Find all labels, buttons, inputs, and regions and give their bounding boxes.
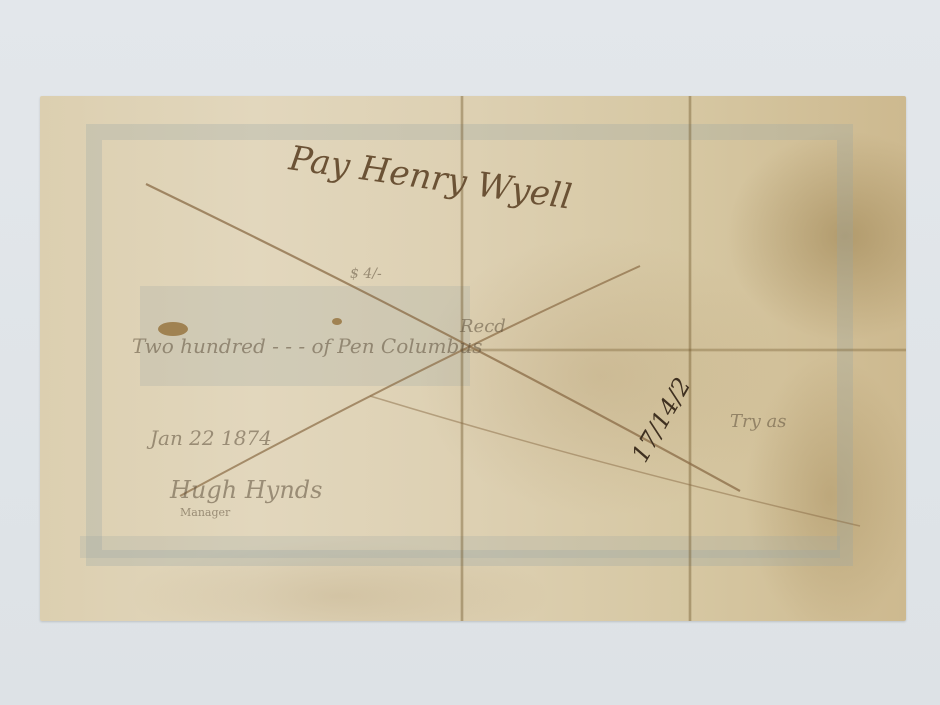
date-line: Jan 22 1874	[150, 426, 272, 450]
handwritten-line-middle: Two hundred - - - of Pen Columbus	[132, 334, 482, 358]
handwritten-recd: Recd	[460, 316, 506, 337]
endorsement-small: $ 4/-	[350, 266, 382, 282]
printed-manager-label: Manager	[180, 506, 230, 519]
antique-document: Pay Henry Wyell $ 4/- Two hundred - - - …	[40, 96, 906, 621]
faint-right-text: Try as	[730, 411, 786, 432]
signature: Hugh Hynds	[170, 476, 322, 504]
